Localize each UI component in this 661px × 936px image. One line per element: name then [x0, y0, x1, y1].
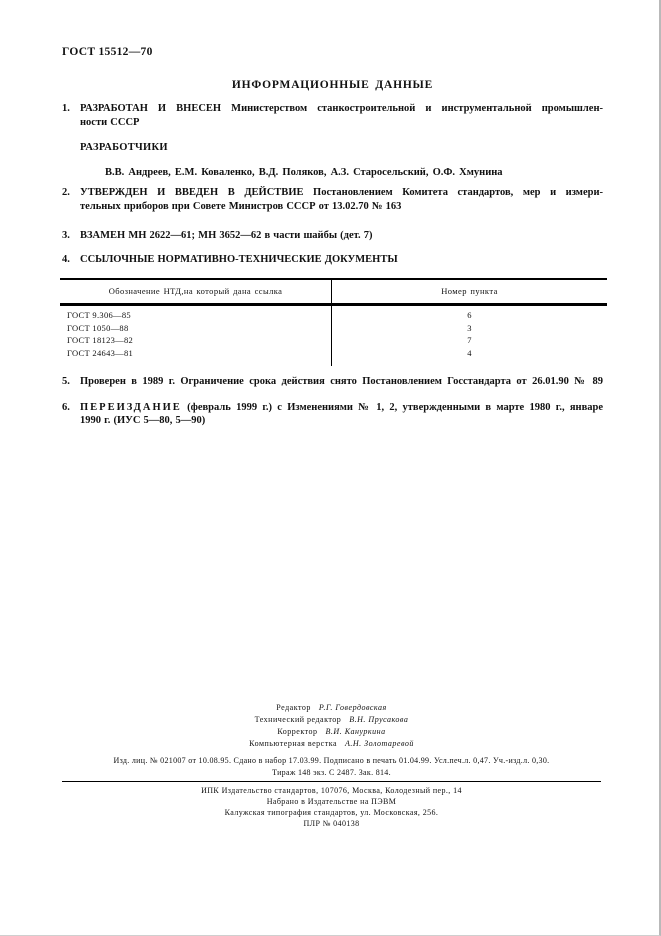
staff-role: Технический редактор	[255, 715, 342, 724]
staff-role: Компьютерная верстка	[249, 739, 337, 748]
colophon-divider	[62, 781, 601, 782]
item-text-line: Проверен в 1989 г. Ограничение срока дей…	[80, 375, 603, 389]
item-number: 1.	[62, 102, 70, 116]
item-number: 6.	[62, 401, 70, 415]
print-info-line: Тираж 148 экз. С 2487. Зак. 814.	[62, 767, 601, 779]
table-cell-ntd: ГОСТ 9.306—85	[67, 309, 331, 322]
item-text-line: ности СССР	[80, 116, 603, 130]
item-number: 4.	[62, 253, 70, 267]
publisher-block: ИПК Издательство стандартов, 107076, Мос…	[62, 785, 601, 829]
list-item-6: 6. ПЕРЕИЗДАНИЕ (февраль 1999 г.) с Измен…	[62, 401, 603, 428]
document-page: ГОСТ 15512—70 ИНФОРМАЦИОННЫЕ ДАННЫЕ 1. Р…	[0, 0, 661, 936]
item-text-line: ССЫЛОЧНЫЕ НОРМАТИВНО-ТЕХНИЧЕСКИЕ ДОКУМЕН…	[80, 253, 603, 267]
table-cell-ntd: ГОСТ 24643—81	[67, 347, 331, 360]
staff-name: В.И. Кануркина	[326, 727, 386, 736]
staff-role: Редактор	[276, 703, 311, 712]
publisher-line: Набрано в Издательстве на ПЭВМ	[62, 796, 601, 807]
table-cell-ntd: ГОСТ 18123—82	[67, 334, 331, 347]
doc-number: ГОСТ 15512—70	[62, 46, 603, 58]
item-text-line: УТВЕРЖДЕН И ВВЕДЕН В ДЕЙСТВИЕ Постановле…	[80, 186, 603, 200]
table-header-row: Обозначение НТД,на который дана ссылка Н…	[60, 280, 607, 306]
staff-name: А.Н. Золотаревой	[345, 739, 414, 748]
page-title: ИНФОРМАЦИОННЫЕ ДАННЫЕ	[62, 79, 603, 91]
list-item-1: 1. РАЗРАБОТАН И ВНЕСЕН Министерством ста…	[62, 102, 603, 129]
item-text-line: тельных приборов при Совете Министров СС…	[80, 200, 603, 214]
publisher-line: Калужская типография стандартов, ул. Мос…	[62, 807, 601, 818]
list-item-4: 4. ССЫЛОЧНЫЕ НОРМАТИВНО-ТЕХНИЧЕСКИЕ ДОКУ…	[62, 253, 603, 267]
colophon: РедакторР.Г. Говердовская Технический ре…	[62, 702, 601, 829]
table-cell-clause: 4	[332, 347, 607, 360]
staff-line: Технический редакторВ.Н. Прусакова	[62, 714, 601, 726]
staff-line: КорректорВ.И. Кануркина	[62, 726, 601, 738]
publisher-line: ИПК Издательство стандартов, 107076, Мос…	[62, 785, 601, 796]
list-item-3: 3. ВЗАМЕН МН 2622—61; МН 3652—62 в части…	[62, 229, 603, 243]
developers-heading: РАЗРАБОТЧИКИ	[62, 142, 603, 153]
staff-role: Корректор	[277, 727, 317, 736]
table-header-clause: Номер пункта	[332, 280, 607, 303]
publisher-line: ПЛР № 040138	[62, 818, 601, 829]
print-info: Изд. лиц. № 021007 от 10.08.95. Сдано в …	[62, 755, 601, 778]
developers-names: В.В. Андреев, Е.М. Коваленко, В.Д. Поляк…	[62, 167, 603, 178]
staff-name: В.Н. Прусакова	[349, 715, 408, 724]
item-number: 2.	[62, 186, 70, 200]
item-text-line: 1990 г. (ИУС 5—80, 5—90)	[80, 414, 603, 428]
print-info-line: Изд. лиц. № 021007 от 10.08.95. Сдано в …	[62, 755, 601, 767]
table-cell-ntd: ГОСТ 1050—88	[67, 322, 331, 335]
item-text-line: ВЗАМЕН МН 2622—61; МН 3652—62 в части ша…	[80, 229, 603, 243]
item-lead-word: ПЕРЕИЗДАНИЕ	[80, 402, 182, 413]
item-text-line: РАЗРАБОТАН И ВНЕСЕН Министерством станко…	[80, 102, 603, 116]
table-column-ntd: ГОСТ 9.306—85 ГОСТ 1050—88 ГОСТ 18123—82…	[60, 306, 332, 366]
list-item-2: 2. УТВЕРЖДЕН И ВВЕДЕН В ДЕЙСТВИЕ Постано…	[62, 186, 603, 213]
item-text-line: ПЕРЕИЗДАНИЕ (февраль 1999 г.) с Изменени…	[80, 401, 603, 415]
table-cell-clause: 7	[332, 334, 607, 347]
table-body: ГОСТ 9.306—85 ГОСТ 1050—88 ГОСТ 18123—82…	[60, 306, 607, 366]
staff-line: Компьютерная версткаА.Н. Золотаревой	[62, 738, 601, 750]
item-number: 5.	[62, 375, 70, 389]
staff-name: Р.Г. Говердовская	[319, 703, 387, 712]
table-cell-clause: 6	[332, 309, 607, 322]
table-column-clause: 6 3 7 4	[332, 306, 607, 366]
list-item-5: 5. Проверен в 1989 г. Ограничение срока …	[62, 375, 603, 389]
table-header-ntd: Обозначение НТД,на который дана ссылка	[60, 280, 332, 303]
staff-line: РедакторР.Г. Говердовская	[62, 702, 601, 714]
item-text-rest: (февраль 1999 г.) с Изменениями № 1, 2, …	[182, 402, 603, 413]
reference-table: Обозначение НТД,на который дана ссылка Н…	[60, 278, 607, 366]
item-number: 3.	[62, 229, 70, 243]
table-cell-clause: 3	[332, 322, 607, 335]
